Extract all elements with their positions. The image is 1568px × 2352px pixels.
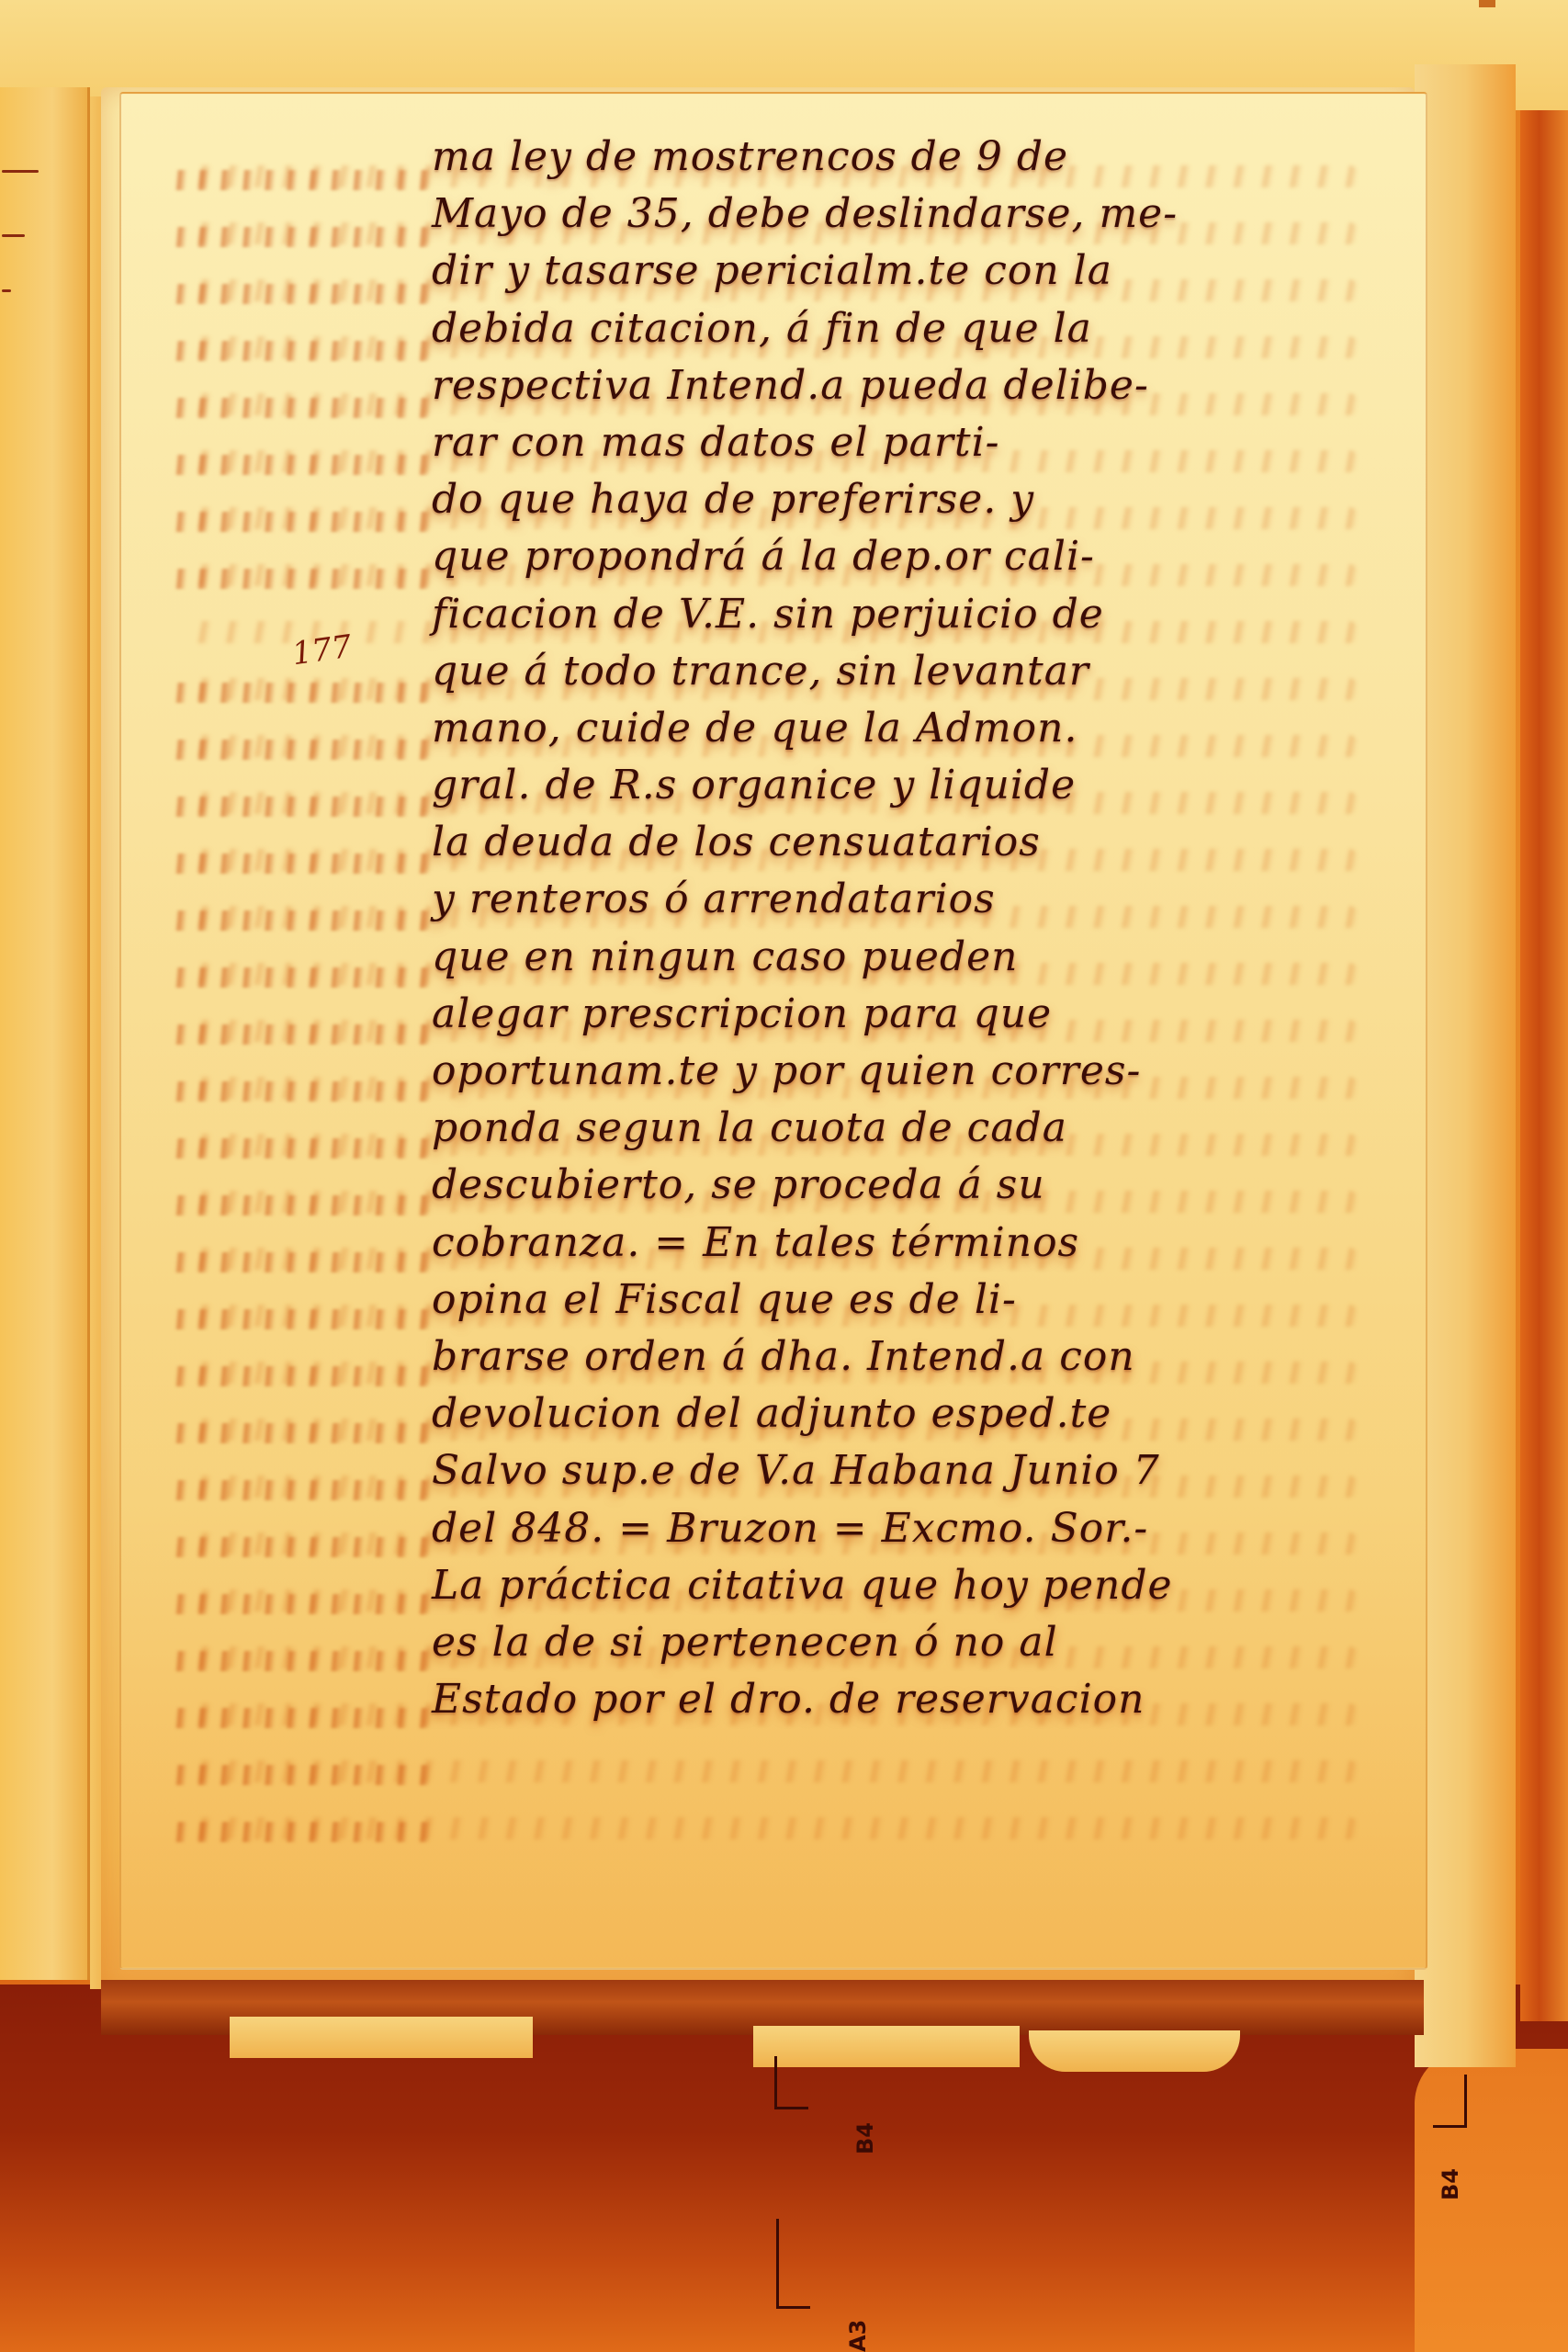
manuscript-text: ma ley de mostrencos de 9 de Mayo de 35,… [432,129,1433,1728]
text-line: gral. de R.s organice y liquide [432,757,1433,814]
torn-paper-flap [230,2017,533,2058]
text-line: opina el Fiscal que es de li- [432,1272,1433,1329]
text-line: brarse orden á dha. Intend.a con [432,1329,1433,1385]
text-line: y renteros ó arrendatarios [432,871,1433,928]
text-line: ficacion de V.E. sin perjuicio de [432,586,1433,643]
text-line: cobranza. = En tales términos [432,1215,1433,1272]
crop-marker [776,2219,810,2309]
left-page-ink-mark [2,234,25,237]
facing-left-page [0,87,90,1980]
text-line: oportunam.te y por quien corres- [432,1043,1433,1100]
text-line: Salvo sup.e de V.a Habana Junio 7 [432,1442,1433,1499]
text-line: mano, cuide de que la Admon. [432,700,1433,757]
left-page-ink-mark [2,170,39,173]
text-line: la deuda de los censuatarios [432,814,1433,871]
ruler-label: B4 [852,2122,878,2154]
ruler-label: B4 [1438,2168,1463,2200]
torn-paper-flap [1029,2030,1240,2072]
ruler-label: A3 [845,2320,871,2352]
text-line: ponda segun la cuota de cada [432,1100,1433,1157]
text-line: descubierto, se proceda á su [432,1157,1433,1214]
text-line: que propondrá á la dep.or cali- [432,528,1433,585]
crop-marker [774,2056,808,2109]
text-line: respectiva Intend.a pueda delibe- [432,357,1433,414]
book-fore-edge [1520,110,1568,2021]
text-line: debida citacion, á fin de que la [432,300,1433,357]
text-line: ma ley de mostrencos de 9 de [432,129,1433,186]
text-line: devolucion del adjunto esped.te [432,1385,1433,1442]
text-line: del 848. = Bruzon = Excmo. Sor.- [432,1500,1433,1557]
left-page-ink-mark [2,289,11,292]
corner-tab [1479,0,1495,7]
text-line: alegar prescripcion para que [432,986,1433,1043]
text-line: rar con mas datos el parti- [432,414,1433,471]
crop-marker [1433,2075,1467,2128]
text-line: Estado por el dro. de reservacion [432,1671,1433,1728]
text-line: que en ningun caso pueden [432,929,1433,986]
text-line: es la de si pertenecen ó no al [432,1614,1433,1671]
text-line: do que haya de preferirse. y [432,471,1433,528]
text-line: La práctica citativa que hoy pende [432,1557,1433,1614]
text-line: Mayo de 35, debe deslindarse, me- [432,186,1433,243]
text-line: que á todo trance, sin levantar [432,643,1433,700]
text-line: dir y tasarse pericialm.te con la [432,243,1433,300]
